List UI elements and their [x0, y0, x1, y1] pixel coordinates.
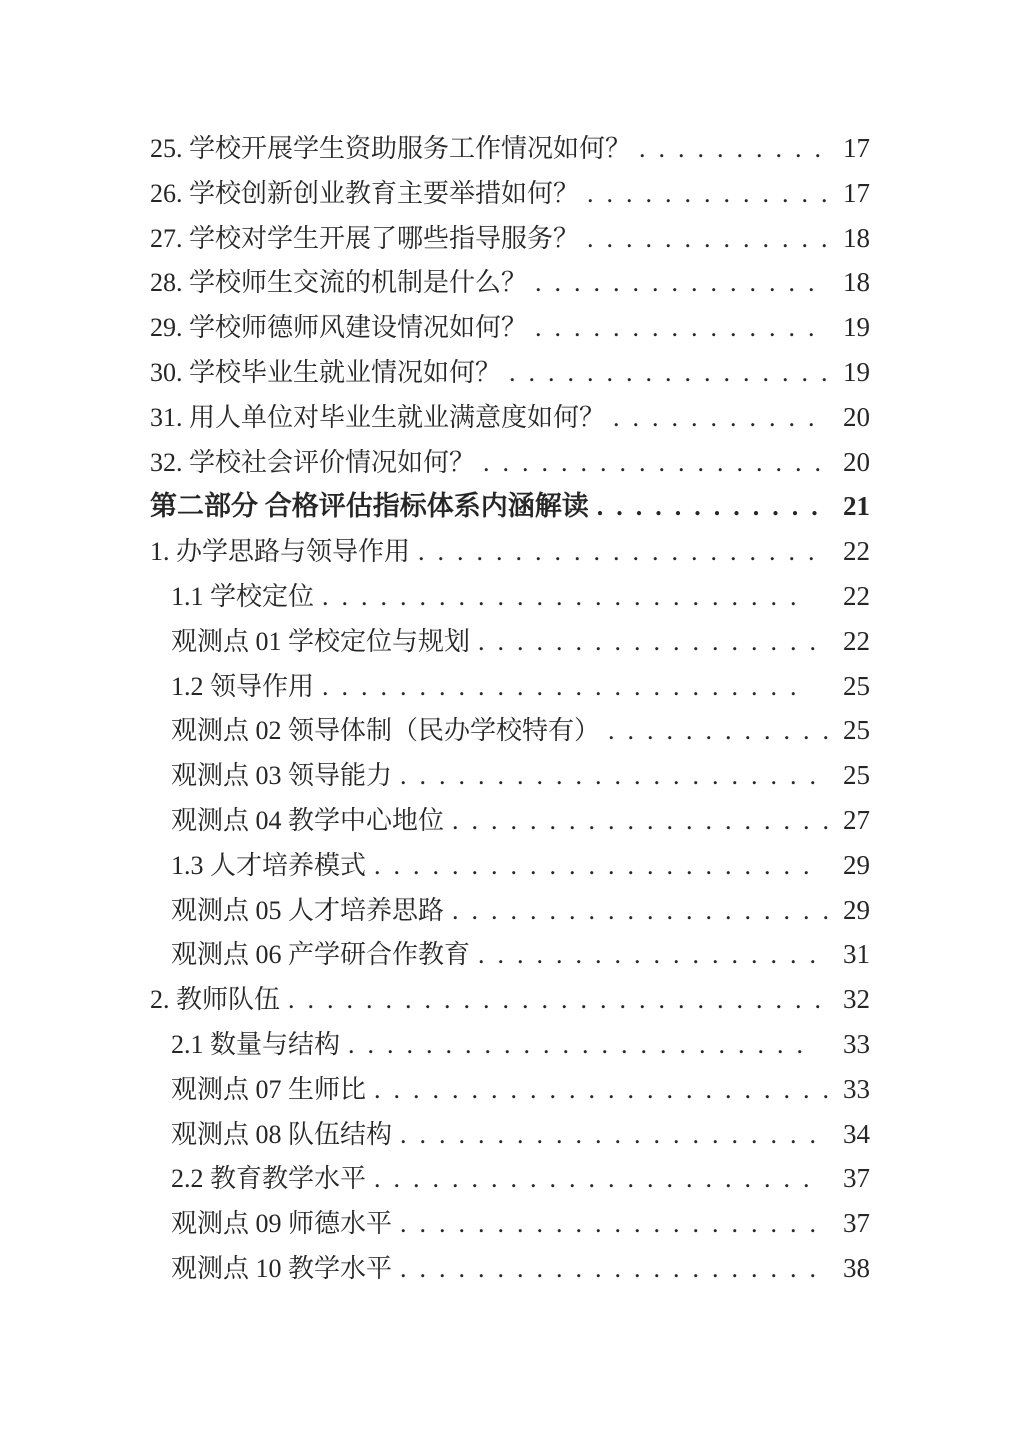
dot-leader: ........................................… [288, 978, 828, 1023]
page-number: 20 [836, 395, 870, 440]
page-number: 32 [836, 977, 870, 1022]
toc-entry: 2. 教师队伍 ................................… [150, 977, 870, 1022]
toc-entry-label: 29. 学校师德师风建设情况如何？ [150, 306, 527, 351]
toc-entry-label: 1.1 学校定位 [171, 575, 314, 620]
dot-leader: ........................................… [483, 441, 828, 486]
toc-entry: 30. 学校毕业生就业情况如何？ .......................… [150, 350, 870, 395]
page-number: 22 [836, 574, 870, 619]
toc-entry-label: 第二部分 合格评估指标体系内涵解读 [150, 484, 589, 529]
page-number: 19 [836, 350, 870, 395]
toc-entry-label: 1.3 人才培养模式 [171, 844, 366, 889]
toc-entry: 29. 学校师德师风建设情况如何？ ......................… [150, 305, 870, 350]
dot-leader: ........................................… [374, 1068, 828, 1113]
page-number: 37 [836, 1201, 870, 1246]
toc-entry-label: 2.2 教育教学水平 [171, 1157, 366, 1202]
page-number: 25 [836, 753, 870, 798]
dot-leader: ........................................… [535, 261, 828, 306]
dot-leader: ........................................… [597, 485, 828, 530]
toc-entry: 1.3 人才培养模式 .............................… [150, 843, 870, 888]
page-number: 22 [836, 529, 870, 574]
toc-entry: 32. 学校社会评价情况如何？ ........................… [150, 440, 870, 485]
page-number: 18 [836, 260, 870, 305]
page-number: 20 [836, 440, 870, 485]
dot-leader: ........................................… [322, 665, 810, 710]
toc-entry-label: 30. 学校毕业生就业情况如何？ [150, 351, 501, 396]
dot-leader: ........................................… [452, 799, 828, 844]
page-number: 29 [836, 843, 870, 888]
toc-entry-label: 观测点 06 产学研合作教育 [171, 933, 470, 978]
toc-entry-label: 观测点 01 学校定位与规划 [171, 620, 470, 665]
toc-entry: 2.1 数量与结构 ..............................… [150, 1022, 870, 1067]
page-number: 17 [836, 171, 870, 216]
toc-entry: 28. 学校师生交流的机制是什么？ ......................… [150, 260, 870, 305]
toc-entry-label: 观测点 09 师德水平 [171, 1202, 392, 1247]
toc-entry: 31. 用人单位对毕业生就业满意度如何？ ...................… [150, 395, 870, 440]
toc-entry-label: 25. 学校开展学生资助服务工作情况如何？ [150, 127, 631, 172]
toc-entry-label: 观测点 03 领导能力 [171, 754, 392, 799]
dot-leader: ........................................… [509, 351, 828, 396]
page-number: 25 [836, 708, 870, 753]
toc-entry: 观测点 07 生师比 .............................… [150, 1067, 870, 1112]
toc-entry: 观测点 10 教学水平 ............................… [150, 1246, 870, 1291]
toc-entry: 2.2 教育教学水平 .............................… [150, 1156, 870, 1201]
dot-leader: ........................................… [400, 1202, 828, 1247]
toc-entry: 第二部分 合格评估指标体系内涵解读 ......................… [150, 484, 870, 529]
toc-entry-label: 观测点 08 队伍结构 [171, 1113, 392, 1158]
toc-entry: 观测点 08 队伍结构 ............................… [150, 1112, 870, 1157]
dot-leader: ........................................… [400, 754, 828, 799]
table-of-contents: 25. 学校开展学生资助服务工作情况如何？ ..................… [150, 126, 870, 1291]
dot-leader: ........................................… [322, 575, 810, 620]
page-number: 31 [836, 932, 870, 977]
toc-entry-label: 2. 教师队伍 [150, 978, 280, 1023]
toc-entry: 观测点 04 教学中心地位 ..........................… [150, 798, 870, 843]
toc-entry: 观测点 01 学校定位与规划 .........................… [150, 619, 870, 664]
page-number: 22 [836, 619, 870, 664]
toc-entry-label: 31. 用人单位对毕业生就业满意度如何？ [150, 396, 605, 441]
page-number: 17 [836, 126, 870, 171]
dot-leader: ........................................… [418, 530, 828, 575]
dot-leader: ........................................… [587, 217, 828, 262]
toc-entry: 观测点 09 师德水平 ............................… [150, 1201, 870, 1246]
document-page: 25. 学校开展学生资助服务工作情况如何？ ..................… [0, 0, 1024, 1448]
toc-entry: 27. 学校对学生开展了哪些指导服务？ ....................… [150, 216, 870, 261]
toc-entry-label: 观测点 07 生师比 [171, 1068, 366, 1113]
toc-entry-label: 28. 学校师生交流的机制是什么？ [150, 261, 527, 306]
page-number: 37 [836, 1156, 870, 1201]
toc-entry-label: 观测点 05 人才培养思路 [171, 889, 444, 934]
toc-entry: 观测点 02 领导体制（民办学校特有） ....................… [150, 708, 870, 753]
toc-entry-label: 1.2 领导作用 [171, 665, 314, 710]
dot-leader: ........................................… [478, 620, 828, 665]
page-number: 25 [836, 664, 870, 709]
toc-entry-label: 观测点 02 领导体制（民办学校特有） [171, 709, 600, 754]
page-number: 29 [836, 888, 870, 933]
toc-entry-label: 1. 办学思路与领导作用 [150, 530, 410, 575]
dot-leader: ........................................… [374, 1157, 810, 1202]
dot-leader: ........................................… [535, 306, 828, 351]
toc-entry: 26. 学校创新创业教育主要举措如何？ ....................… [150, 171, 870, 216]
toc-entry: 1.2 领导作用 ...............................… [150, 664, 870, 709]
toc-entry-label: 27. 学校对学生开展了哪些指导服务？ [150, 217, 579, 262]
toc-entry-label: 26. 学校创新创业教育主要举措如何？ [150, 172, 579, 217]
dot-leader: ........................................… [478, 933, 828, 978]
dot-leader: ........................................… [374, 844, 810, 889]
dot-leader: ........................................… [587, 172, 828, 217]
toc-entry: 观测点 03 领导能力 ............................… [150, 753, 870, 798]
page-number: 18 [836, 216, 870, 261]
toc-entry: 观测点 06 产学研合作教育 .........................… [150, 932, 870, 977]
toc-entry: 观测点 05 人才培养思路 ..........................… [150, 888, 870, 933]
toc-entry-label: 32. 学校社会评价情况如何？ [150, 441, 475, 486]
dot-leader: ........................................… [348, 1023, 810, 1068]
page-number: 34 [836, 1112, 870, 1157]
dot-leader: ........................................… [608, 709, 828, 754]
toc-entry-label: 观测点 04 教学中心地位 [171, 799, 444, 844]
page-number: 33 [836, 1067, 870, 1112]
page-number: 27 [836, 798, 870, 843]
dot-leader: ........................................… [400, 1113, 828, 1158]
page-number: 19 [836, 305, 870, 350]
dot-leader: ........................................… [639, 127, 828, 172]
dot-leader: ........................................… [613, 396, 828, 441]
page-number: 21 [836, 484, 870, 529]
page-number: 38 [836, 1246, 870, 1291]
dot-leader: ........................................… [452, 889, 828, 934]
toc-entry: 1. 办学思路与领导作用 ...........................… [150, 529, 870, 574]
toc-entry: 1.1 学校定位 ...............................… [150, 574, 870, 619]
toc-entry: 25. 学校开展学生资助服务工作情况如何？ ..................… [150, 126, 870, 171]
page-number: 33 [836, 1022, 870, 1067]
toc-entry-label: 观测点 10 教学水平 [171, 1247, 392, 1292]
dot-leader: ........................................… [400, 1247, 828, 1292]
toc-entry-label: 2.1 数量与结构 [171, 1023, 340, 1068]
